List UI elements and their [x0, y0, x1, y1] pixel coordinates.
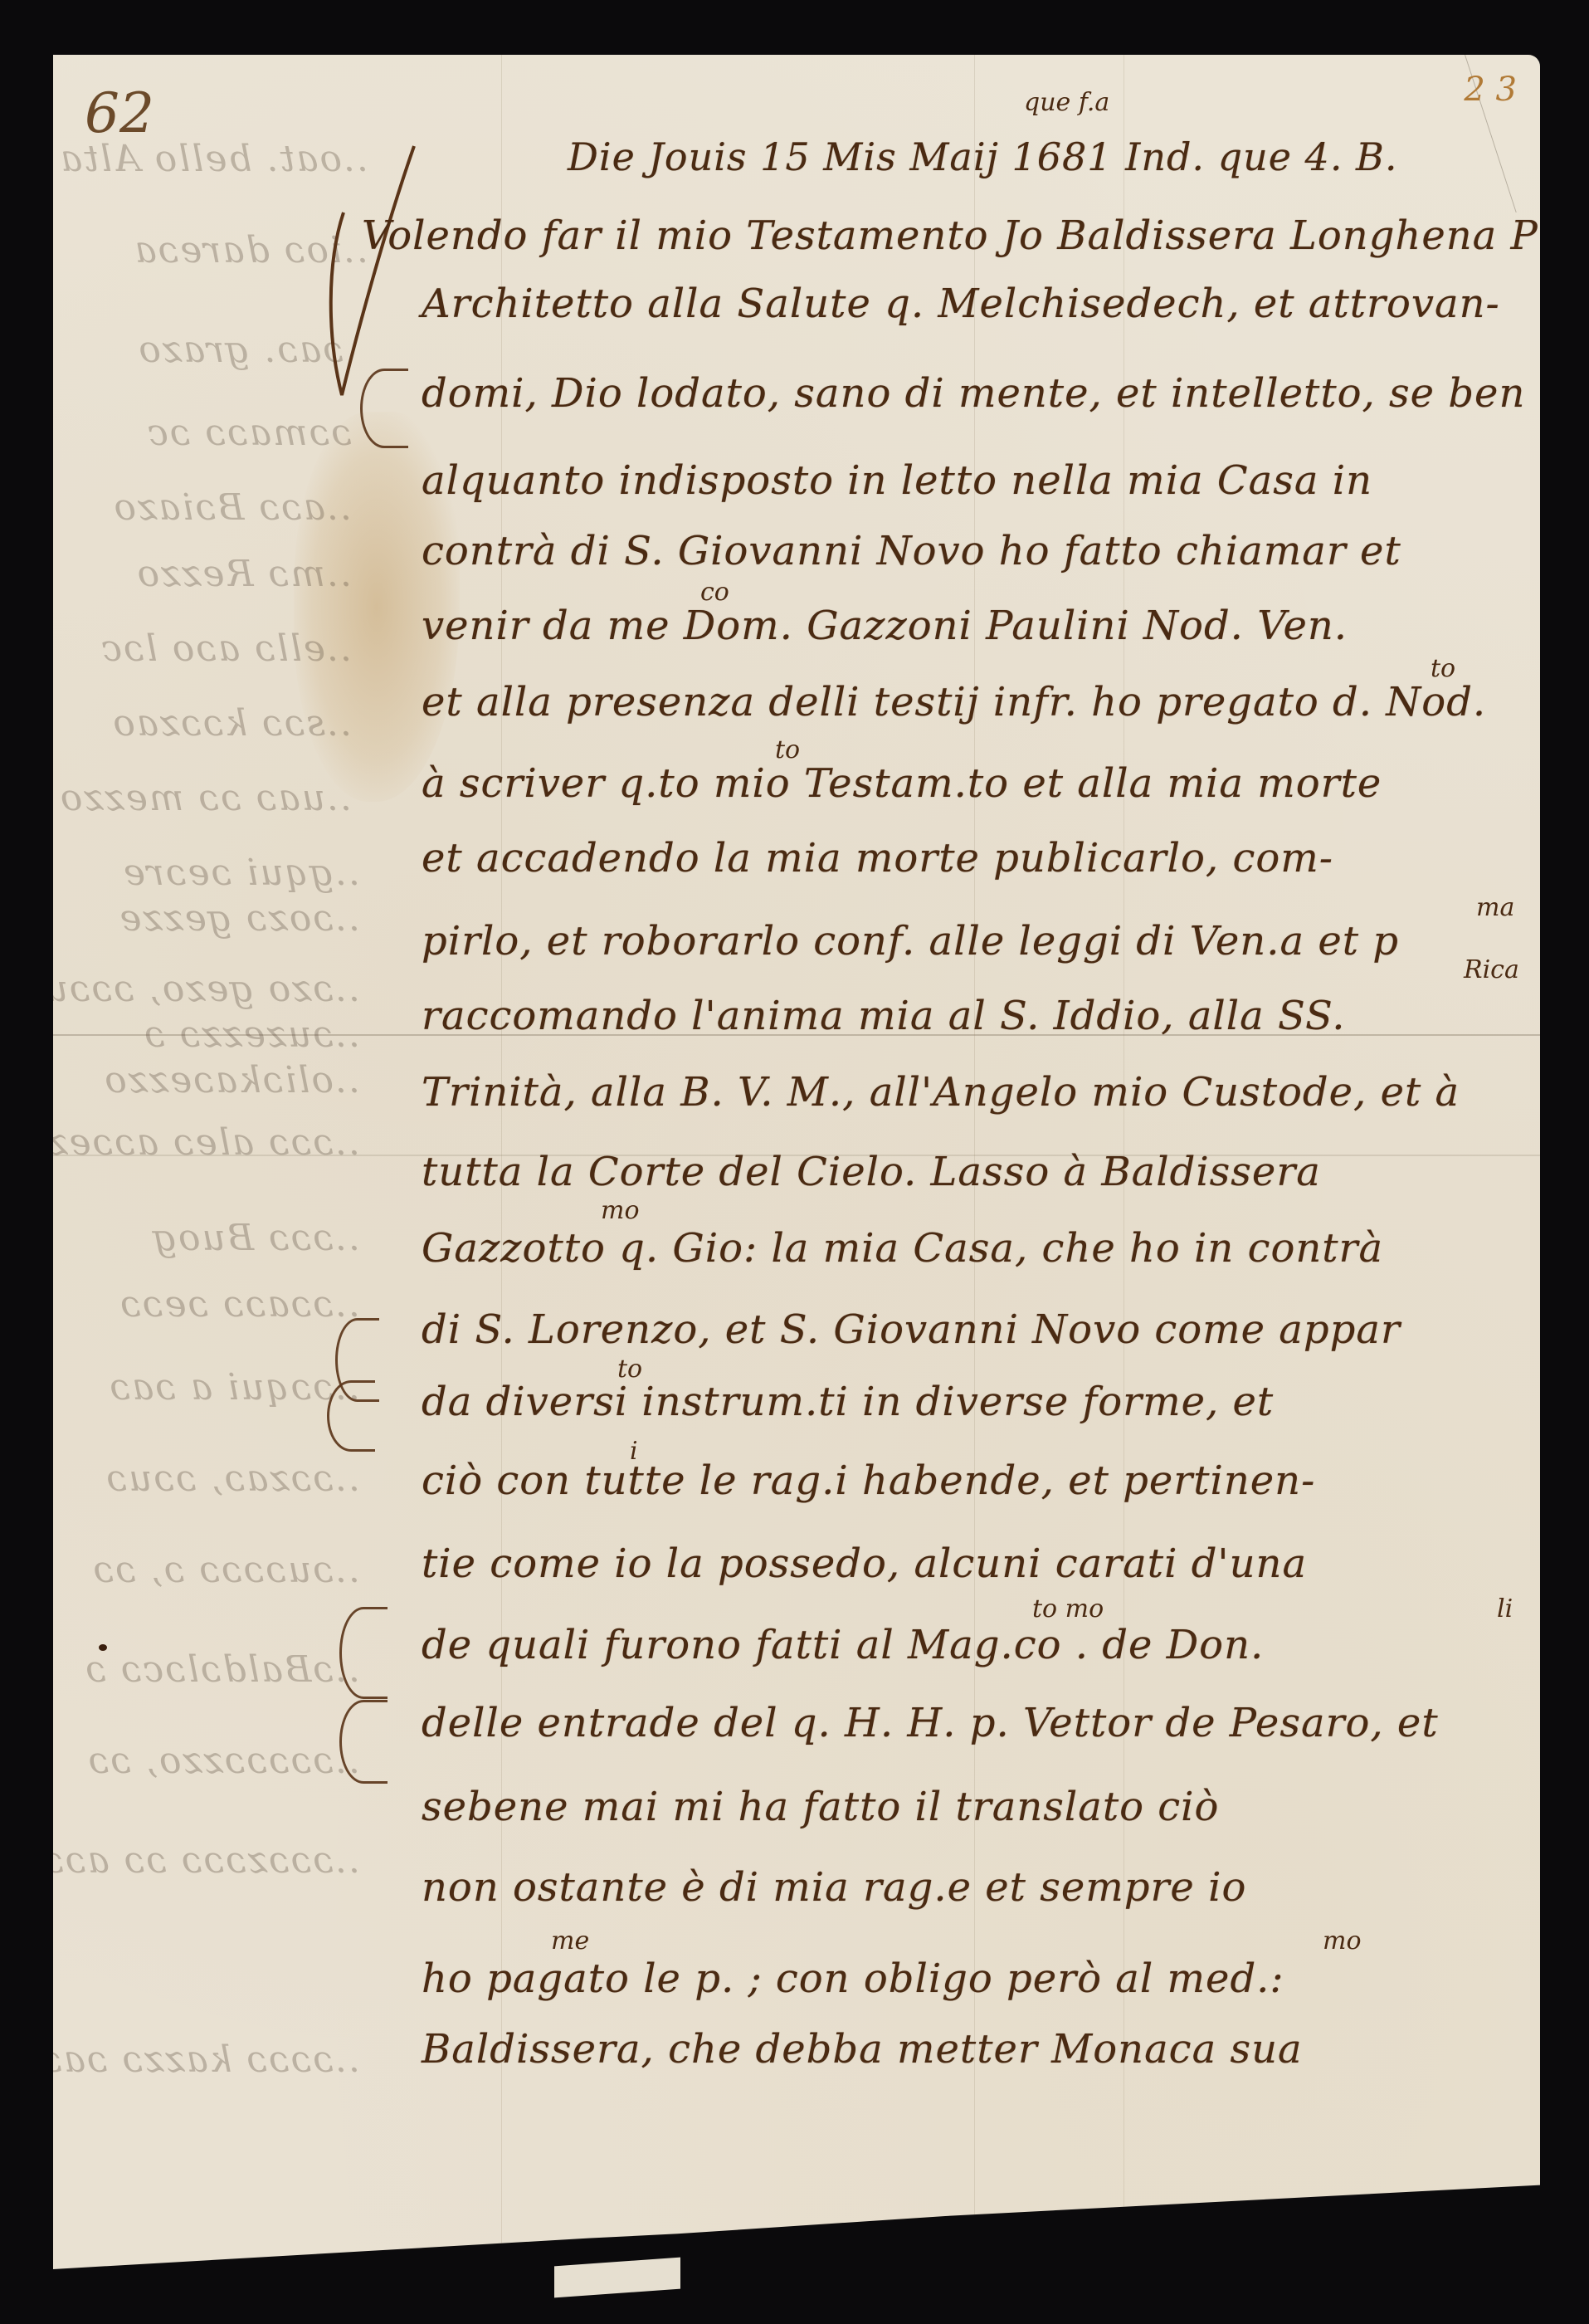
manuscript-heading: Die Jouis 15 Mis Maij 1681 Ind. que 4. B… — [568, 134, 1398, 179]
manuscript-line-24: Baldissera, che debba metter Monaca sua — [422, 2026, 1303, 2073]
show-through-line: ..aɔɔ Bɔiazo — [113, 486, 352, 529]
superscript: to — [617, 1355, 642, 1384]
show-through-line: ..ɔzo ɡezo, ɔɔɔu — [43, 968, 360, 1010]
superscript: mo — [1323, 1926, 1362, 1955]
show-through-line: ..oliɔkaɔezzo — [103, 1059, 360, 1101]
manuscript-line-17: ciò con tutte le rag.i habende, et perti… — [422, 1457, 1315, 1504]
manuscript-line-23: ho pagato le p. ; con obligo però al med… — [422, 1955, 1284, 2002]
superscript: co — [700, 578, 729, 607]
show-through-line: ..ɡqui ɔeɔre — [122, 852, 360, 894]
manuscript-line-16: da diversi instrum.ti in diverse forme, … — [422, 1379, 1274, 1425]
show-through-line: ..ellɔ aɔo lɔc — [100, 627, 353, 670]
manuscript-line-14: Gazzotto q. Gio: la mia Casa, che ho in … — [422, 1225, 1383, 1272]
manuscript-line-10: pirlo, et roborarlo conf. alle leggi di … — [422, 918, 1399, 964]
ink-blot — [99, 1644, 107, 1651]
superscript: to — [1431, 654, 1455, 683]
initial-c-flourish — [360, 369, 408, 448]
superscript: me — [551, 1926, 589, 1955]
superscript: li — [1497, 1594, 1513, 1623]
manuscript-line-21: sebene mai mi ha fatto il translato ciò — [422, 1784, 1219, 1830]
superscript: i — [630, 1437, 638, 1466]
manuscript-line-7: et alla presenza delli testij infr. ho p… — [422, 679, 1486, 725]
superscript: to mo — [1032, 1594, 1104, 1623]
show-through-line: ..sɔɔ kɔɔzao — [111, 702, 352, 745]
initial-c-flourish — [339, 1700, 388, 1784]
initial-c-flourish — [339, 1607, 388, 1699]
show-through-line: ..ɔɔzaɔ, ɔɔuɔ — [105, 1457, 360, 1500]
manuscript-line-4: alquanto indisposto in letto nella mia C… — [422, 457, 1372, 504]
superscript: Rica — [1464, 955, 1519, 984]
manuscript-line-8: à scriver q.to mio Testam.to et alla mia… — [422, 760, 1382, 807]
manuscript-line-6: venir da me Dom. Gazzoni Paulini Nod. Ve… — [422, 603, 1348, 649]
show-through-line: ɔɔmaɔɔ ɔc — [146, 412, 352, 454]
manuscript-line-13: tutta la Corte del Cielo. Lasso à Baldis… — [422, 1149, 1321, 1195]
manuscript-line-22: non ostante è di mia rag.e et sempre io — [422, 1864, 1246, 1911]
show-through-line: ..ɔBaldɔlɔcɔ ɔ — [84, 1648, 360, 1691]
show-through-line: ..ɔɔɔɔ kazzɔ ɔaɔ — [40, 2038, 360, 2081]
manuscript-line-18: tie come io la possedo, alcuni carati d'… — [422, 1540, 1307, 1587]
superscript: mo — [601, 1196, 640, 1225]
paper-tab — [554, 2258, 680, 2298]
superscript: ma — [1476, 893, 1514, 922]
manuscript-line-1: Volendo far il mio Testamento Jo Baldiss… — [362, 212, 1589, 259]
superscript: to — [775, 735, 800, 764]
manuscript-line-2: Architetto alla Salute q. Melchisedech, … — [422, 281, 1500, 327]
show-through-line: ..ɔɔɔ aleɔ aɔɔezza — [2, 1121, 360, 1164]
manuscript-line-15: di S. Lorenzo, et S. Giovanni Novo come … — [422, 1306, 1401, 1353]
show-through-line: ..ɔɔɔzɔɔɔ ɔɔ aɔɔ — [41, 1839, 360, 1882]
show-through-line: ..ɔozɔ ɡezze — [118, 897, 360, 940]
initial-c-flourish — [327, 1380, 375, 1452]
show-through-line: ..mɔ Rezzo — [136, 553, 352, 595]
show-through-line: ..uaɔ ɔɔ mezzo — [59, 777, 352, 819]
folio-number-right: 2 3 — [1464, 73, 1517, 106]
manuscript-line-12: Trinità, alla B. V. M., all'Angelo mio C… — [422, 1069, 1460, 1116]
manuscript-line-20: delle entrade del q. H. H. p. Vettor de … — [422, 1700, 1439, 1746]
manuscript-line-11: raccomando l'anima mia al S. Iddio, alla… — [422, 993, 1345, 1039]
show-through-line: ..ɔuzezzɔ ɔ — [143, 1013, 360, 1056]
manuscript-line-19: de quali furono fatti al Mag.co . de Don… — [422, 1622, 1264, 1668]
superscript-heading: que f.a — [1024, 88, 1109, 117]
manuscript-line-3: domi, Dio lodato, sano di mente, et inte… — [422, 370, 1525, 417]
initial-v-flourish — [310, 129, 426, 403]
manuscript-line-9: et accadendo la mia morte publicarlo, co… — [422, 835, 1333, 881]
show-through-line: ..ɔɔɔɔɔzzo, ɔɔ — [87, 1740, 360, 1782]
show-through-line: ..ɔɔqui a ɔaɔ — [108, 1366, 360, 1409]
show-through-line: ..ɔɔaɔɔ ɔeɔɔ — [119, 1283, 360, 1326]
folio-number-left: 62 — [85, 86, 154, 141]
show-through-line: ..ɔuɔɔɔɔ ɔ, ɔɔ — [92, 1549, 360, 1591]
manuscript-line-5: contrà di S. Giovanni Novo ho fatto chia… — [422, 528, 1401, 574]
manuscript-page: 62 2 3 ..oat. bello Alta ..ioɔ dareɔa ɔa… — [53, 55, 1540, 2269]
show-through-line: ..ɔɔɔ Buoɡ — [152, 1217, 360, 1259]
